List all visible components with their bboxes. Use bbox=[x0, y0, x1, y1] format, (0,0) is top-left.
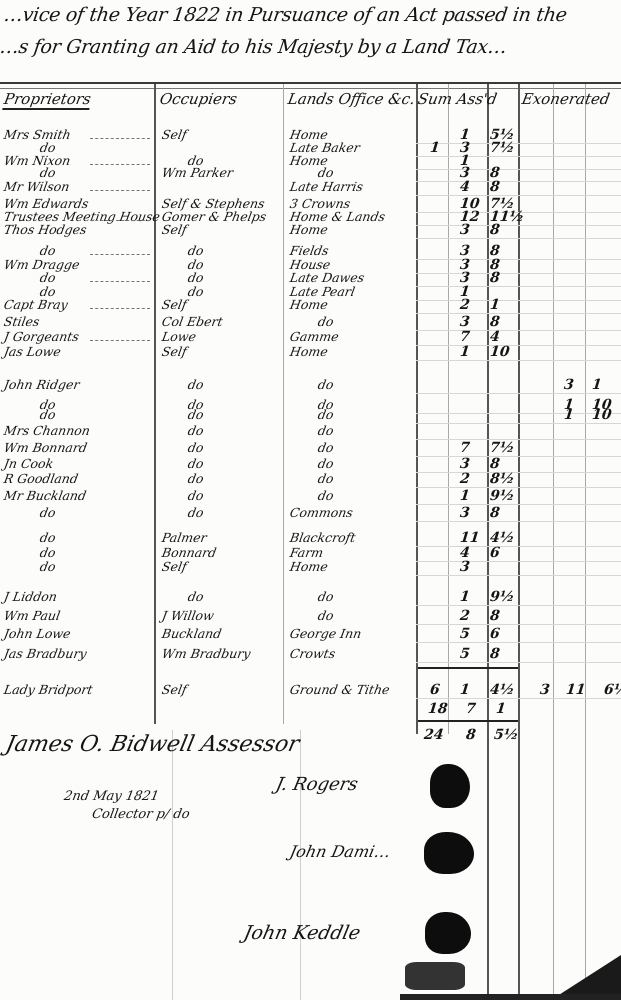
grid-line bbox=[416, 423, 621, 424]
occupier-cell: do bbox=[187, 590, 205, 604]
pence-cell: 8½ bbox=[489, 472, 515, 486]
wax-seal bbox=[430, 764, 470, 808]
lands-cell: Home bbox=[289, 345, 329, 359]
occupier-cell: Palmer bbox=[161, 531, 208, 545]
occupier-cell: Bonnard bbox=[161, 546, 218, 560]
shillings-cell: 3 bbox=[459, 271, 470, 285]
grid-line bbox=[416, 662, 621, 663]
pence-cell: 4½ bbox=[489, 531, 515, 545]
lands-cell: Blackcroft bbox=[289, 531, 357, 545]
shillings-cell: 4 bbox=[459, 546, 470, 560]
occupier-cell: Self bbox=[161, 298, 188, 312]
shillings-cell: 5 bbox=[459, 647, 470, 661]
shillings-cell: 3 bbox=[459, 315, 470, 329]
occupier-cell: do bbox=[187, 285, 205, 299]
lands-cell: do bbox=[317, 166, 335, 180]
grid-line bbox=[416, 504, 621, 505]
subtotal-shillings: 7 bbox=[465, 702, 476, 716]
lands-cell: do bbox=[317, 378, 335, 392]
proprietor-cell: do bbox=[39, 408, 57, 422]
lands-cell: Late Dawes bbox=[289, 271, 366, 285]
row-leader bbox=[90, 340, 150, 342]
grid-line bbox=[416, 238, 621, 239]
exonerated-pence-cell: 6½ bbox=[603, 683, 621, 697]
lands-cell: do bbox=[317, 408, 335, 422]
ledger-page: …vice of the Year 1822 in Pursuance of a… bbox=[0, 0, 621, 1000]
pounds-cell: 6 bbox=[429, 683, 440, 697]
occupier-cell: J Willow bbox=[161, 609, 215, 623]
lands-cell: do bbox=[317, 472, 335, 486]
pence-cell: 1 bbox=[489, 298, 500, 312]
grid-line bbox=[416, 286, 621, 287]
pence-cell: 8 bbox=[489, 166, 500, 180]
proprietor-cell: Thos Hodges bbox=[3, 223, 88, 237]
grid-line bbox=[416, 143, 621, 144]
pence-cell: 7½ bbox=[489, 441, 515, 455]
grid-line bbox=[416, 360, 621, 361]
grid-line bbox=[416, 225, 621, 226]
occupier-cell: do bbox=[187, 457, 205, 471]
proprietor-cell: Wm Paul bbox=[3, 609, 61, 623]
proprietor-cell: Wm Bonnard bbox=[3, 441, 88, 455]
wax-seal-fragment bbox=[405, 962, 465, 990]
occupier-cell: Col Ebert bbox=[161, 315, 224, 329]
row-leader bbox=[90, 281, 150, 283]
grid-line bbox=[416, 393, 621, 394]
exonerated-shillings-cell: 3 bbox=[563, 378, 574, 392]
occupier-cell: Buckland bbox=[161, 627, 223, 641]
shillings-cell: 7 bbox=[459, 330, 470, 344]
pence-cell: 6 bbox=[489, 627, 500, 641]
col-header-lands: Lands Office &c. bbox=[286, 90, 416, 108]
signature-3: John Keddle bbox=[242, 922, 363, 944]
wax-seal bbox=[424, 832, 474, 874]
row-leader bbox=[90, 220, 150, 222]
proprietor-cell: Wm Nixon bbox=[3, 154, 72, 168]
header-rule bbox=[0, 82, 621, 84]
proprietor-cell: Jn Cook bbox=[3, 457, 55, 471]
proprietor-cell: Stiles bbox=[3, 315, 41, 329]
pence-cell: 9½ bbox=[489, 590, 515, 604]
pence-cell: 8 bbox=[489, 457, 500, 471]
col-header-sum: Sum Ass'd bbox=[416, 90, 498, 108]
grid-line bbox=[416, 521, 621, 522]
header-rule-2 bbox=[0, 88, 621, 89]
proprietor-cell: Jas Bradbury bbox=[3, 647, 88, 661]
shillings-cell: 3 bbox=[459, 223, 470, 237]
proprietor-cell: do bbox=[39, 546, 57, 560]
occupier-cell: Wm Bradbury bbox=[161, 647, 252, 661]
proprietor-cell: Mr Buckland bbox=[3, 489, 88, 503]
col-divider bbox=[283, 84, 284, 724]
grid-line bbox=[416, 439, 621, 440]
signature-2: John Dami… bbox=[288, 842, 392, 861]
proprietor-cell: Mr Wilson bbox=[3, 180, 71, 194]
lands-cell: Gamme bbox=[289, 330, 340, 344]
occupier-cell: do bbox=[187, 424, 205, 438]
grid-line bbox=[416, 698, 621, 699]
exonerated-pence-cell: 10 bbox=[591, 408, 612, 422]
pence-cell: 8 bbox=[489, 180, 500, 194]
exonerated-pounds-cell: 3 bbox=[539, 683, 550, 697]
pence-cell: 9½ bbox=[489, 489, 515, 503]
signature-1: J. Rogers bbox=[274, 774, 360, 795]
pounds-cell: 1 bbox=[429, 141, 440, 155]
pence-cell: 6 bbox=[489, 546, 500, 560]
shillings-cell: 1 bbox=[459, 345, 470, 359]
occupier-cell: do bbox=[187, 408, 205, 422]
col-header-proprietors: Proprietors bbox=[2, 90, 92, 110]
grid-line bbox=[416, 273, 621, 274]
proprietor-cell: John Ridger bbox=[3, 378, 81, 392]
lands-cell: George Inn bbox=[289, 627, 363, 641]
grid-line bbox=[416, 300, 621, 301]
page-edge-shadow bbox=[400, 994, 621, 1000]
col-divider bbox=[300, 730, 301, 1000]
occupier-cell: Self bbox=[161, 223, 188, 237]
occupier-cell: do bbox=[187, 506, 205, 520]
proprietor-cell: John Lowe bbox=[3, 627, 72, 641]
proprietor-cell: R Goodland bbox=[3, 472, 79, 486]
pence-cell: 10 bbox=[489, 345, 510, 359]
date-line: 2nd May 1821 bbox=[63, 790, 160, 804]
occupier-cell: do bbox=[187, 472, 205, 486]
shillings-cell: 5 bbox=[459, 627, 470, 641]
occupier-cell: Self bbox=[161, 560, 188, 574]
lands-cell: Fields bbox=[289, 244, 330, 258]
shillings-cell: 7 bbox=[459, 441, 470, 455]
proprietor-cell: do bbox=[39, 531, 57, 545]
grid-line bbox=[416, 259, 621, 260]
total-rule bbox=[418, 667, 518, 669]
pence-cell: 8 bbox=[489, 271, 500, 285]
grid-line bbox=[416, 546, 621, 547]
grid-line bbox=[416, 330, 621, 331]
shillings-cell: 3 bbox=[459, 560, 470, 574]
occupier-cell: Wm Parker bbox=[161, 166, 234, 180]
shillings-cell: 3 bbox=[459, 244, 470, 258]
shillings-cell: 2 bbox=[459, 472, 470, 486]
col-divider bbox=[154, 84, 156, 724]
grid-line bbox=[416, 181, 621, 182]
grid-line bbox=[416, 487, 621, 488]
occupier-cell: do bbox=[187, 271, 205, 285]
grand-total-pounds: 24 bbox=[423, 728, 444, 742]
exonerated-shillings-cell: 11 bbox=[565, 683, 586, 697]
grid-line bbox=[416, 605, 621, 606]
col-header-occupiers: Occupiers bbox=[158, 90, 238, 108]
lands-cell: Home bbox=[289, 298, 329, 312]
lands-cell: do bbox=[317, 457, 335, 471]
grid-line bbox=[416, 561, 621, 562]
pence-cell: 8 bbox=[489, 506, 500, 520]
row-leader bbox=[90, 308, 150, 310]
proprietor-cell: J Gorgeants bbox=[3, 330, 80, 344]
occupier-cell: Lowe bbox=[161, 330, 197, 344]
wax-seal bbox=[425, 912, 471, 954]
proprietor-cell: Capt Bray bbox=[3, 298, 69, 312]
lands-cell: Ground & Tithe bbox=[289, 683, 391, 697]
heading-line-2: …s for Granting an Aid to his Majesty by… bbox=[0, 36, 508, 58]
col-divider bbox=[172, 730, 173, 1000]
row-leader bbox=[90, 254, 150, 256]
grid-line bbox=[416, 156, 621, 157]
proprietor-cell: Mrs Smith bbox=[3, 128, 72, 142]
occupier-cell: do bbox=[187, 378, 205, 392]
proprietor-cell: do bbox=[39, 244, 57, 258]
proprietor-cell: Mrs Channon bbox=[3, 424, 91, 438]
proprietor-cell: Jas Lowe bbox=[3, 345, 62, 359]
proprietor-cell: do bbox=[39, 560, 57, 574]
assessor-signature: James O. Bidwell Assessor bbox=[3, 732, 301, 757]
grid-line bbox=[416, 624, 621, 625]
lands-cell: Commons bbox=[289, 506, 354, 520]
exonerated-pence-cell: 1 bbox=[591, 378, 602, 392]
grid-line bbox=[416, 313, 621, 314]
pence-cell: 8 bbox=[489, 609, 500, 623]
grid-line bbox=[416, 195, 621, 196]
exonerated-shillings-cell: 1 bbox=[563, 408, 574, 422]
lands-cell: do bbox=[317, 489, 335, 503]
total-rule bbox=[418, 720, 518, 722]
occupier-cell: Self bbox=[161, 128, 188, 142]
occupier-cell: Self bbox=[161, 683, 188, 697]
lands-cell: Late Harris bbox=[289, 180, 364, 194]
lands-cell: do bbox=[317, 609, 335, 623]
lands-cell: Farm bbox=[289, 546, 325, 560]
grid-line bbox=[416, 345, 621, 346]
proprietor-cell: J Liddon bbox=[3, 590, 58, 604]
row-leader bbox=[90, 164, 150, 166]
subtotal-pounds: 18 bbox=[427, 702, 448, 716]
grid-line bbox=[416, 169, 621, 170]
lands-cell: Home bbox=[289, 223, 329, 237]
grid-line bbox=[416, 575, 621, 576]
row-leader bbox=[90, 138, 150, 140]
lands-cell: Home bbox=[289, 560, 329, 574]
shillings-cell: 1 bbox=[459, 590, 470, 604]
col-divider bbox=[585, 84, 586, 1000]
col-divider bbox=[553, 84, 554, 1000]
grid-line bbox=[416, 642, 621, 643]
pence-cell: 8 bbox=[489, 315, 500, 329]
collector-line: Collector p/ do bbox=[91, 808, 191, 822]
proprietor-cell: do bbox=[39, 506, 57, 520]
heading-line-1: …vice of the Year 1822 in Pursuance of a… bbox=[2, 4, 568, 26]
col-header-exonerated: Exonerated bbox=[520, 90, 611, 108]
shillings-cell: 1 bbox=[459, 683, 470, 697]
pence-cell: 7½ bbox=[489, 141, 515, 155]
shillings-cell: 1 bbox=[459, 489, 470, 503]
lands-cell: do bbox=[317, 315, 335, 329]
proprietor-cell: Lady Bridport bbox=[3, 683, 94, 697]
grand-total-pence: 5½ bbox=[493, 728, 519, 742]
grid-line bbox=[416, 456, 621, 457]
lands-cell: Crowts bbox=[289, 647, 337, 661]
shillings-cell: 2 bbox=[459, 298, 470, 312]
proprietor-cell: do bbox=[39, 271, 57, 285]
shillings-cell: 4 bbox=[459, 180, 470, 194]
lands-cell: do bbox=[317, 590, 335, 604]
pence-cell: 8 bbox=[489, 244, 500, 258]
lands-cell: do bbox=[317, 424, 335, 438]
pence-cell: 8 bbox=[489, 223, 500, 237]
shillings-cell: 3 bbox=[459, 166, 470, 180]
shillings-cell: 11 bbox=[459, 531, 480, 545]
pence-cell: 4 bbox=[489, 330, 500, 344]
shillings-cell: 2 bbox=[459, 609, 470, 623]
grand-total-shillings: 8 bbox=[465, 728, 476, 742]
grid-line bbox=[416, 472, 621, 473]
occupier-cell: do bbox=[187, 489, 205, 503]
shillings-cell: 3 bbox=[459, 506, 470, 520]
shillings-cell: 3 bbox=[459, 457, 470, 471]
row-leader bbox=[90, 190, 150, 192]
proprietor-cell: do bbox=[39, 166, 57, 180]
pence-cell: 4½ bbox=[489, 683, 515, 697]
grid-line bbox=[416, 413, 621, 414]
subtotal-pence: 1 bbox=[495, 702, 506, 716]
occupier-cell: do bbox=[187, 441, 205, 455]
occupier-cell: do bbox=[187, 244, 205, 258]
occupier-cell: Self bbox=[161, 345, 188, 359]
pence-cell: 8 bbox=[489, 647, 500, 661]
lands-cell: do bbox=[317, 441, 335, 455]
